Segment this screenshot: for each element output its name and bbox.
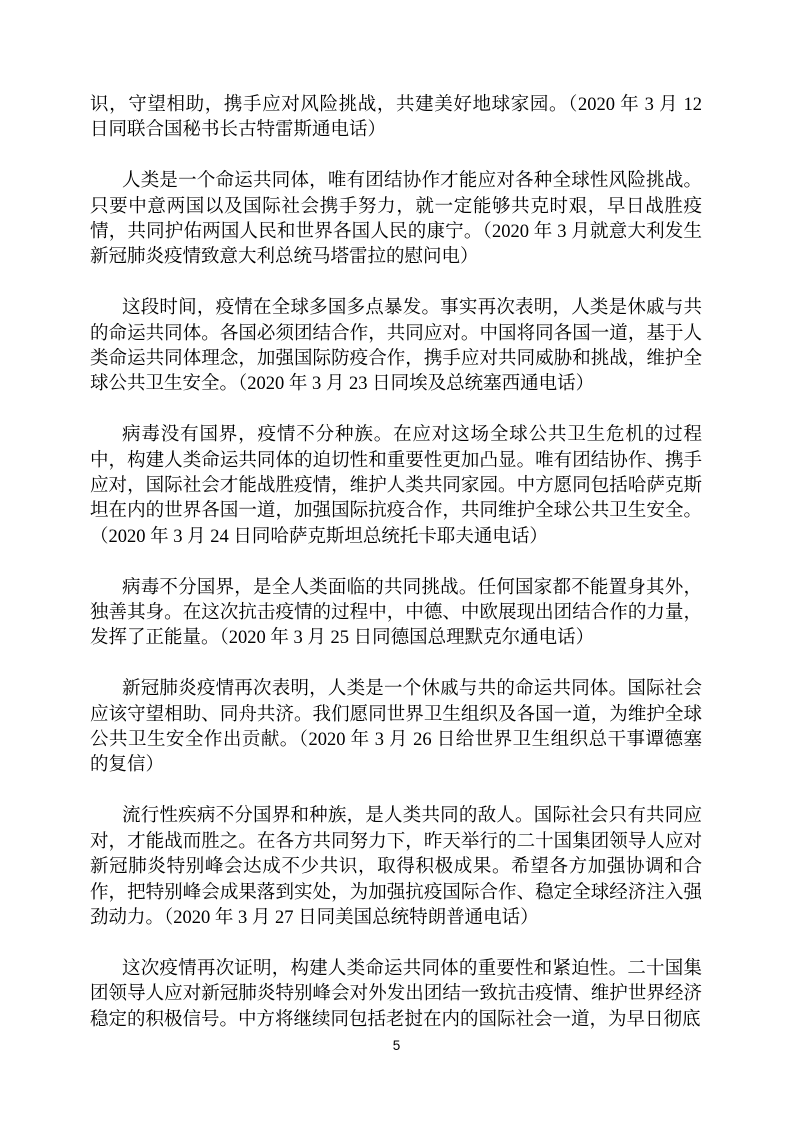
paragraph-8: 这次疫情再次证明，构建人类命运共同体的重要性和紧迫性。二十国集团领导人应对新冠肺… [90,957,702,1033]
paragraph-4: 病毒没有国界，疫情不分种族。在应对这场全球公共卫生危机的过程中，构建人类命运共同… [90,423,702,550]
paragraph-5: 病毒不分国界，是全人类面临的共同挑战。任何国家都不能置身其外，独善其身。在这次抗… [90,576,702,652]
paragraph-7: 流行性疾病不分国界和种族，是人类共同的敌人。国际社会只有共同应对，才能战而胜之。… [90,804,702,931]
paragraph-2: 人类是一个命运共同体，唯有团结协作才能应对各种全球性风险挑战。只要中意两国以及国… [90,169,702,271]
page-number: 5 [0,1038,793,1054]
paragraph-1: 识，守望相助，携手应对风险挑战，共建美好地球家园。（2020 年 3 月 12 … [90,93,702,144]
paragraph-6: 新冠肺炎疫情再次表明，人类是一个休戚与共的命运共同体。国际社会应该守望相助、同舟… [90,677,702,779]
paragraph-3: 这段时间，疫情在全球多国多点暴发。事实再次表明，人类是休戚与共的命运共同体。各国… [90,296,702,398]
document-page: 识，守望相助，携手应对风险挑战，共建美好地球家园。（2020 年 3 月 12 … [0,0,793,1122]
